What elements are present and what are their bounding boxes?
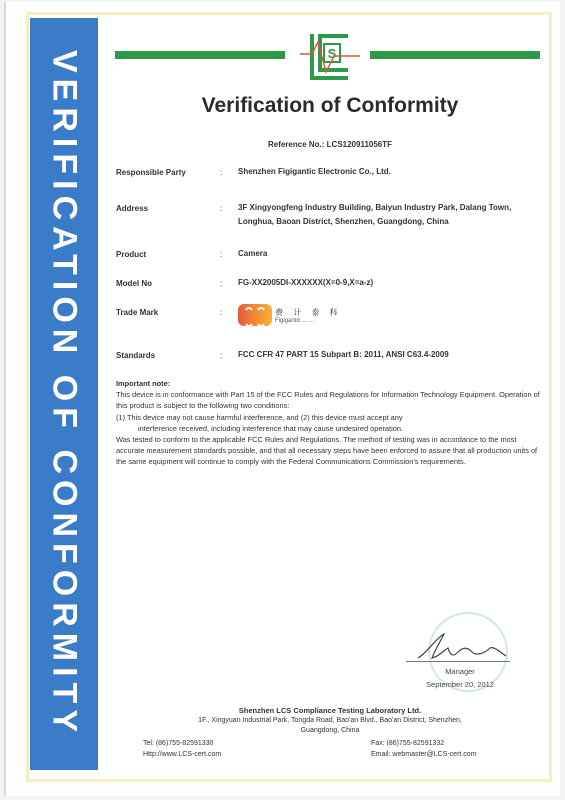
signer-title: Manager: [400, 667, 520, 676]
trademark-english: Figigantic ... ...: [275, 318, 342, 324]
header-rule-left: [115, 51, 285, 59]
field-colon: :: [220, 351, 222, 360]
side-banner: VERIFICATION OF CONFORMITY: [30, 18, 98, 770]
field-label: Trade Mark: [116, 308, 158, 317]
field-colon: :: [220, 308, 222, 317]
field-value: 3F Xingyongfeng Industry Building, Baiyu…: [238, 201, 538, 229]
note-paragraph: This device is in conformance with Part …: [116, 389, 541, 411]
lab-website-link[interactable]: Http://www.LCS-cert.com: [143, 749, 221, 760]
banner-text: VERIFICATION OF CONFORMITY: [45, 50, 84, 738]
important-note: Important note: This device is in confor…: [116, 378, 541, 468]
signature-date: September 20, 2012: [400, 680, 520, 689]
lcs-logo-icon: S: [298, 30, 362, 82]
lab-info: Shenzhen LCS Compliance Testing Laborato…: [110, 706, 550, 736]
page-title: Verification of Conformity: [110, 94, 550, 118]
trademark-chinese: 费 计 泰 科: [275, 307, 342, 318]
lab-address-line2: Guangdong, China: [110, 726, 550, 736]
field-label: Standards: [116, 351, 155, 360]
trademark-icon: [238, 304, 272, 326]
field-colon: :: [220, 250, 222, 259]
trademark-logo: 费 计 泰 科 Figigantic ... ...: [238, 304, 342, 326]
lab-fax: Fax: (86)755-82591332: [371, 738, 477, 749]
lab-address-line1: 1F., Xingyuan Industrial Park, Tongda Ro…: [110, 716, 550, 726]
field-value: FG-XX2005DI-XXXXXX(X=0-9,X=a-z): [238, 276, 538, 290]
field-colon: :: [220, 168, 222, 177]
note-condition: (1) This device may not cause harmful in…: [116, 412, 541, 423]
note-condition-cont: interference received, including interfe…: [116, 423, 541, 434]
lab-name: Shenzhen LCS Compliance Testing Laborato…: [110, 706, 550, 716]
field-value: FCC CFR 47 PART 15 Subpart B: 2011, ANSI…: [238, 348, 538, 362]
header-rule-right: [370, 51, 540, 59]
signature-line: [406, 661, 510, 662]
reference-number: Reference No.: LCS120911056TF: [110, 140, 550, 149]
field-value: Shenzhen Figigantic Electronic Co., Ltd.: [238, 165, 538, 179]
field-label: Product: [116, 250, 146, 259]
note-title: Important note:: [116, 378, 541, 389]
lab-tel: Tel: (86)755-82591330: [143, 738, 221, 749]
signature-icon: [414, 630, 510, 662]
lab-email-link[interactable]: Email: webmaster@LCS-cert.com: [371, 749, 477, 760]
field-label: Responsible Party: [116, 168, 186, 177]
lab-contact-left: Tel: (86)755-82591330 Http://www.LCS-cer…: [143, 738, 221, 760]
lab-contact-right: Fax: (86)755-82591332 Email: webmaster@L…: [371, 738, 477, 760]
field-colon: :: [220, 279, 222, 288]
field-colon: :: [220, 204, 222, 213]
field-label: Address: [116, 204, 148, 213]
field-value: Camera: [238, 247, 538, 261]
field-label: Model No: [116, 279, 152, 288]
note-paragraph: Was tested to conform to the applicable …: [116, 434, 541, 468]
